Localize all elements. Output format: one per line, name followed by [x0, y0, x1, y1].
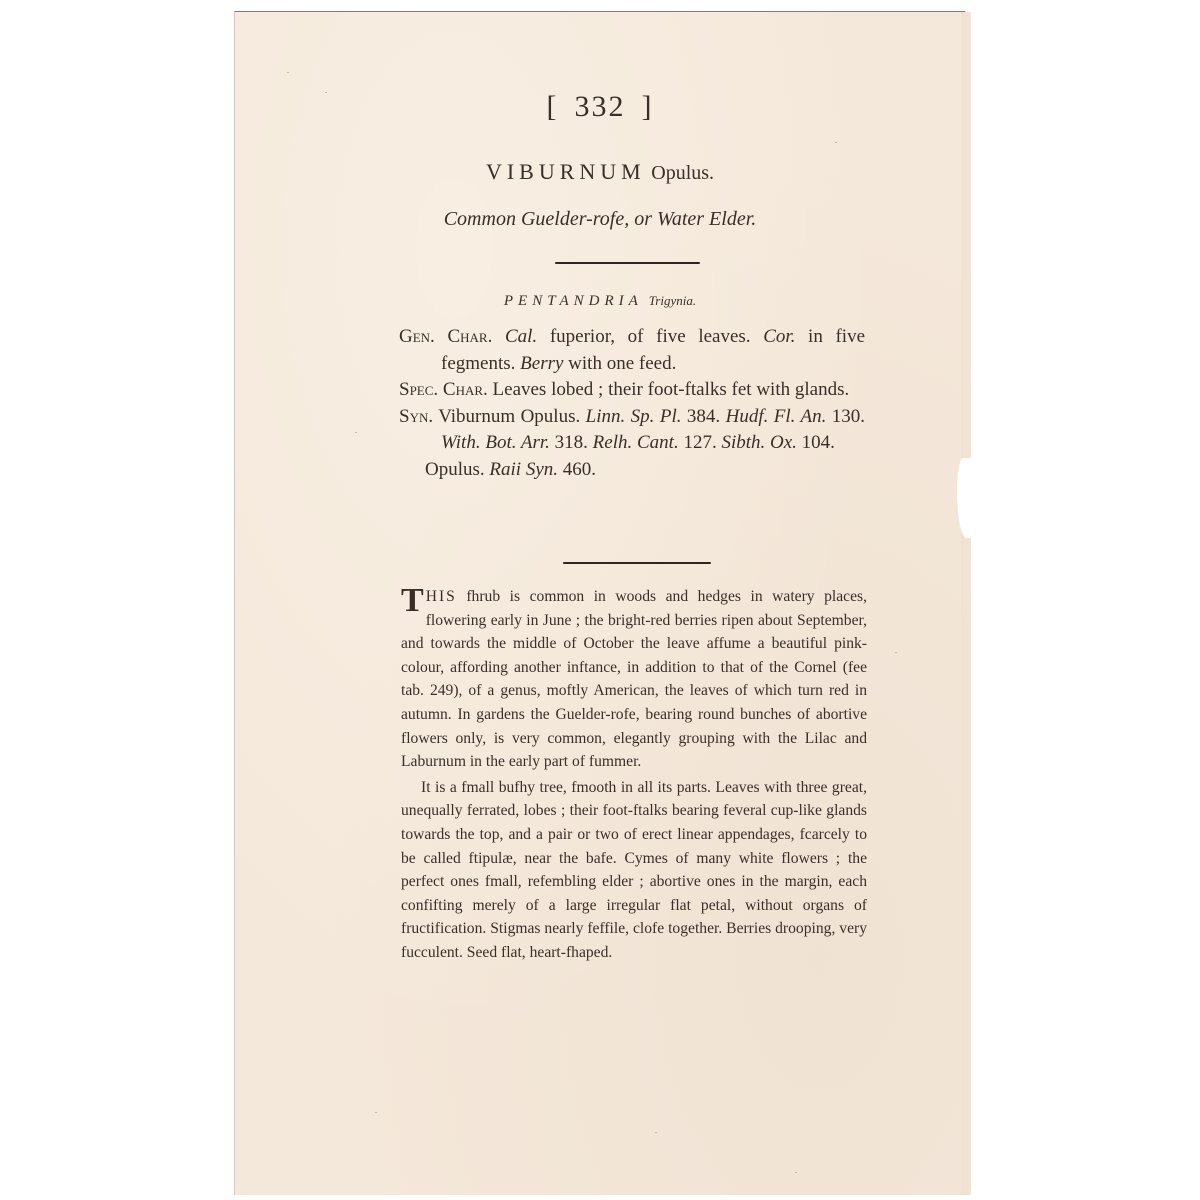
class-name: PENTANDRIA [504, 293, 643, 309]
lead-caps: HIS [426, 588, 457, 605]
common-name: Common Guelder-rofe, or Water Elder. [235, 208, 965, 231]
paper-speck [325, 92, 327, 93]
linnaean-classification: PENTANDRIATrigynia. [235, 293, 965, 310]
order-name: Trigynia. [649, 293, 696, 308]
torn-edge [957, 458, 973, 538]
paragraph: THIS fhrub is common in woods and hedges… [401, 585, 867, 774]
syn-label: Syn. [399, 406, 433, 427]
paper-speck [355, 432, 357, 433]
specific-character: Spec. Char. Leaves lobed ; their foot-ft… [399, 377, 865, 404]
paper-speck [895, 652, 897, 653]
characters-block: Gen. Char. Cal. fuperior, of five leaves… [399, 324, 865, 483]
description-body: THIS fhrub is common in woods and hedges… [401, 585, 867, 965]
page-number: [332] [235, 90, 965, 124]
spec-char-text: Leaves lobed ; their foot-ftalks fet wit… [493, 379, 850, 400]
paper-speck [835, 142, 837, 143]
page-edge [961, 12, 971, 1195]
paper-speck [795, 1172, 797, 1173]
generic-character: Gen. Char. Cal. fuperior, of five leaves… [399, 324, 865, 377]
close-bracket: ] [626, 90, 670, 123]
genus-name: VIBURNUM [486, 159, 646, 184]
folio-number: 332 [575, 90, 626, 123]
page-title: VIBURNUM Opulus. [235, 159, 965, 185]
paper-speck [287, 72, 289, 73]
spec-char-label: Spec. Char. [399, 379, 488, 400]
synonymy-secondary: Opulus. Raii Syn. 460. [399, 457, 865, 484]
paper-speck [375, 1112, 377, 1113]
divider-rule [563, 562, 711, 564]
book-page: [332] VIBURNUM Opulus. Common Guelder-ro… [234, 11, 965, 1195]
synonymy: Syn. Viburnum Opulus. Linn. Sp. Pl. 384.… [399, 404, 865, 457]
drop-cap: T [401, 589, 424, 613]
paragraph: It is a fmall bufhy tree, fmooth in all … [401, 776, 867, 965]
species-name: Opulus. [651, 162, 714, 184]
open-bracket: [ [531, 90, 575, 123]
gen-char-label: Gen. Char. [399, 326, 492, 347]
divider-rule [555, 262, 700, 264]
paper-speck [655, 1132, 657, 1133]
